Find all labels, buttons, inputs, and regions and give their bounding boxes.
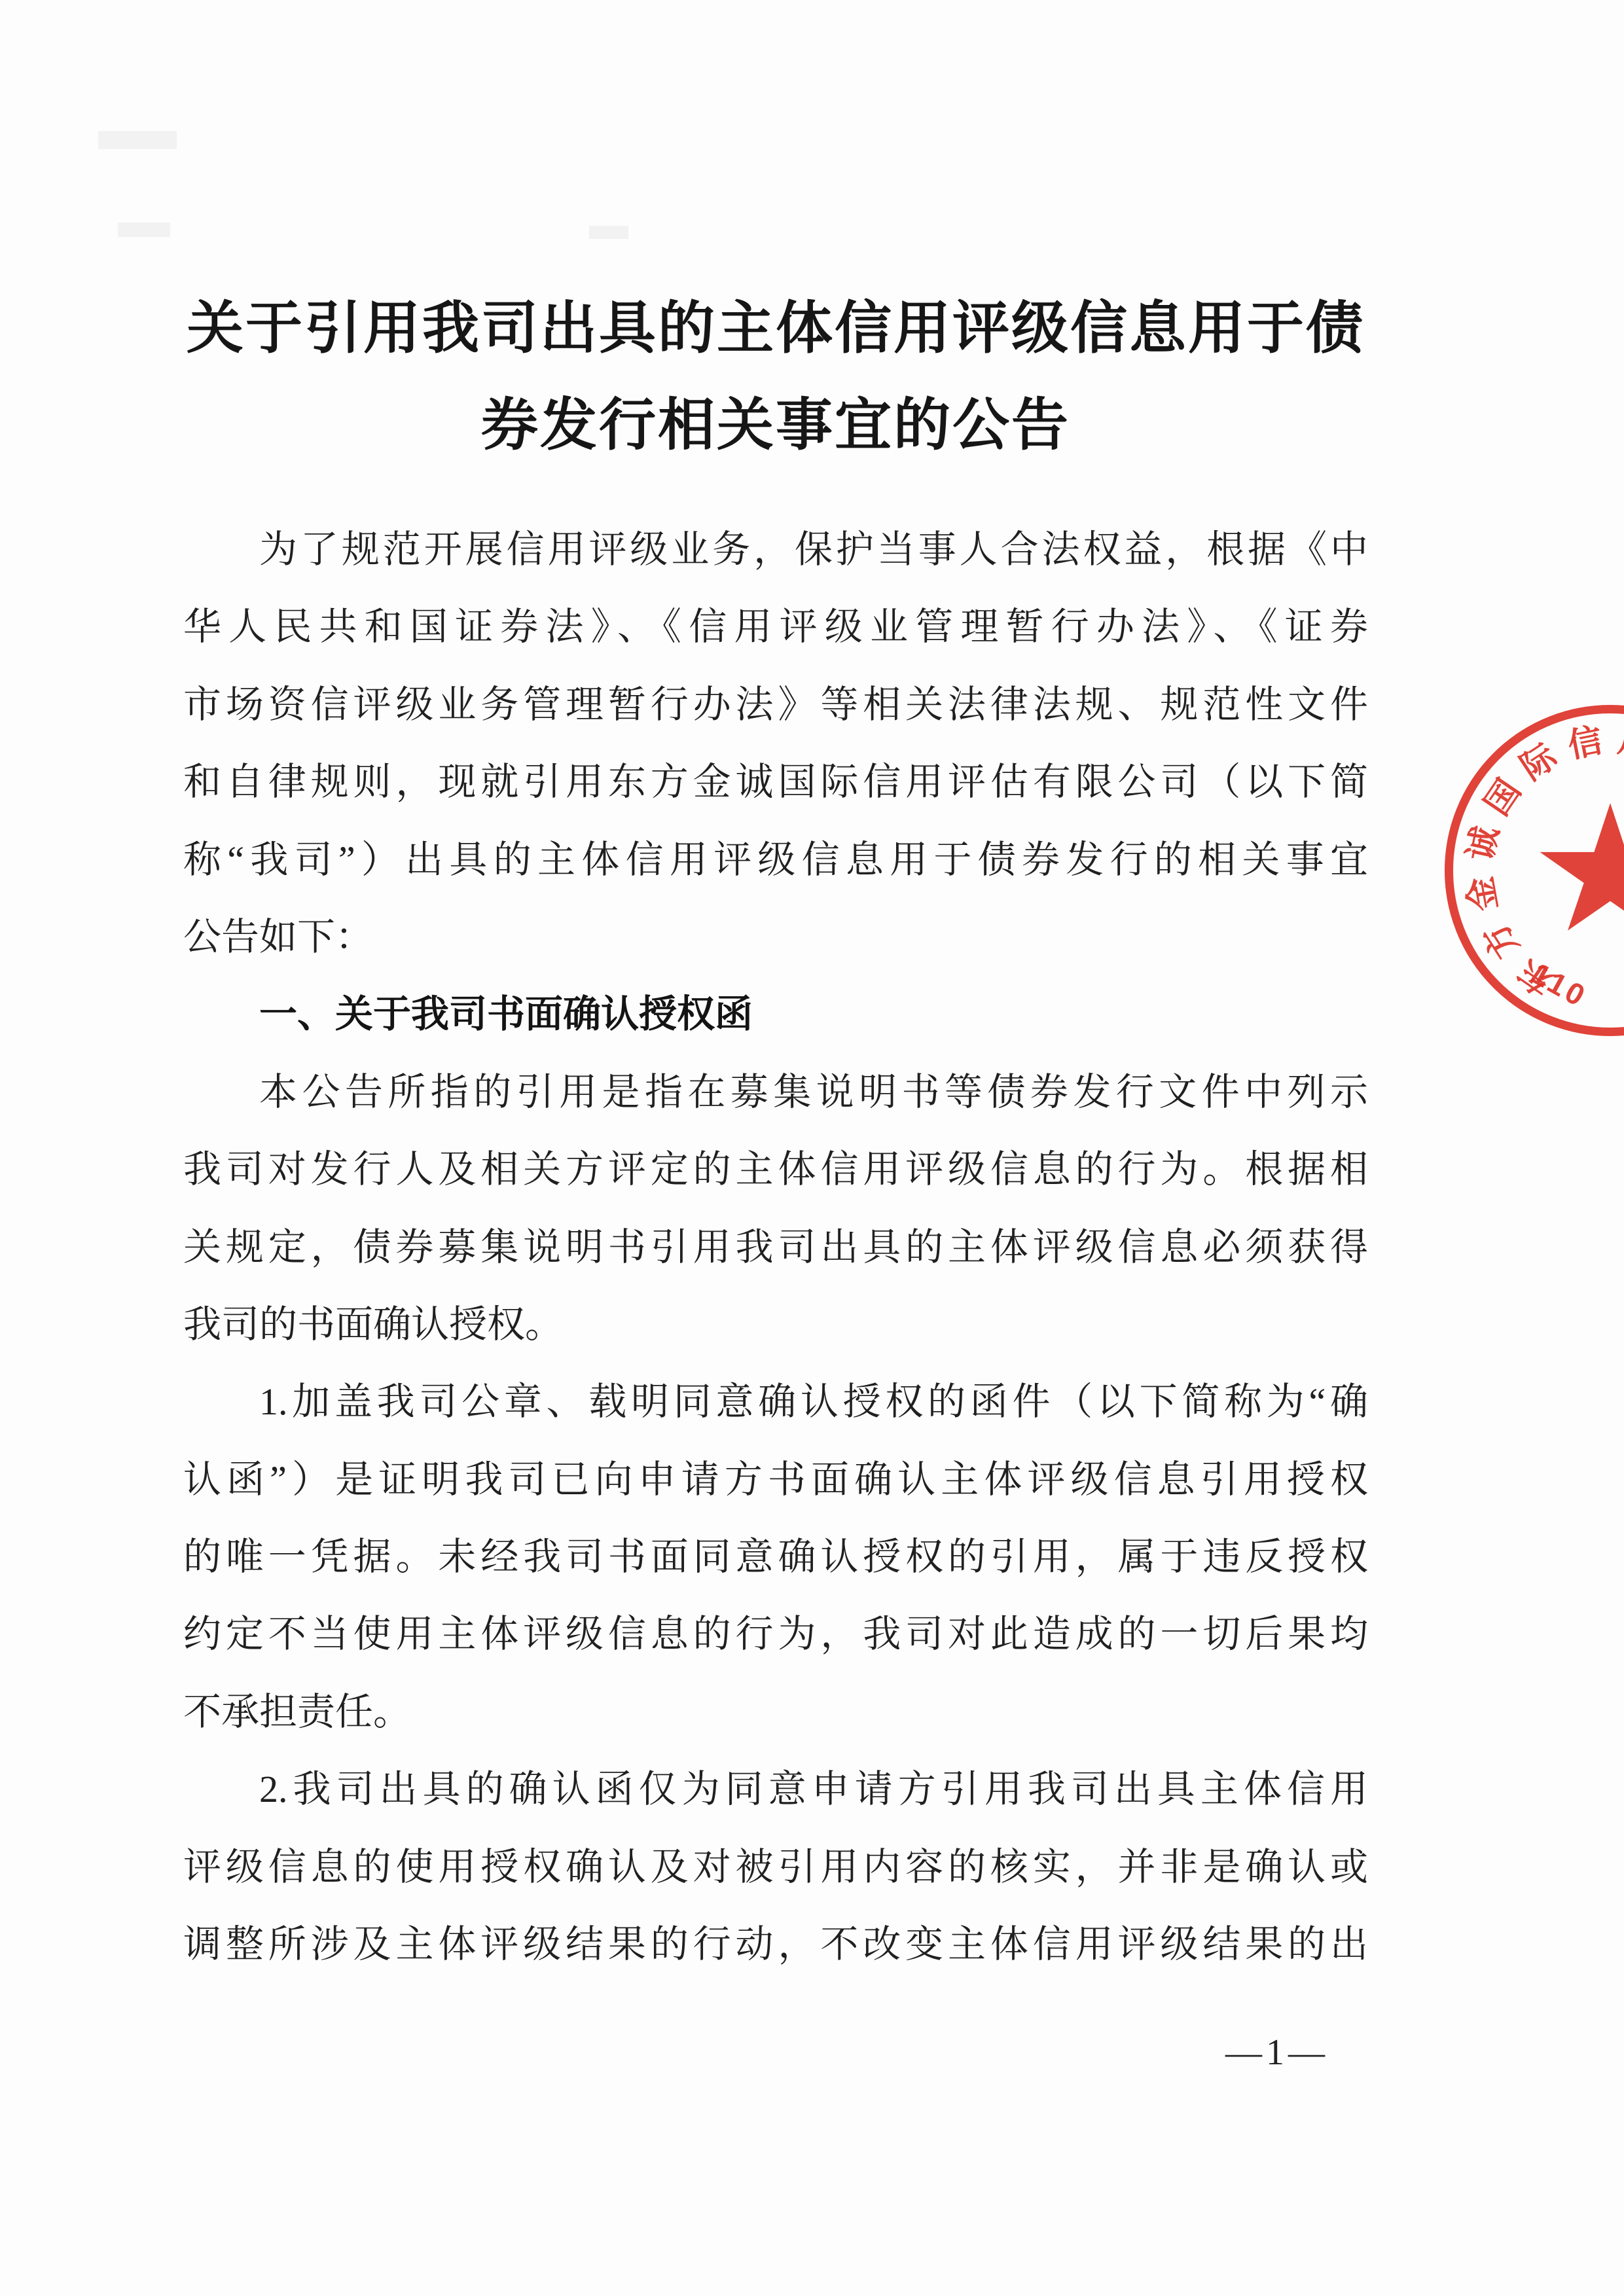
text-line: 我司对发行人及相关方评定的主体信用评级信息的行为。根据相 [183,1131,1368,1208]
seal-ring-character: 金 [1463,874,1503,914]
seal-ring-character: 方 [1477,917,1525,964]
text-line: 本公告所指的引用是指在募集说明书等债券发行文件中列示 [183,1054,1368,1131]
text-line: 1.加盖我司公章、载明同意确认授权的函件（以下简称为“确 [183,1363,1368,1441]
scan-noise [98,131,177,149]
seal-ring-character: 用 [1615,723,1624,763]
text-line: 华人民共和国证券法》、《信用评级业管理暂行办法》、《证券 [183,588,1368,666]
text-line: 认函”）是证明我司已向申请方书面确认主体评级信息引用授权 [183,1441,1368,1518]
text-line: 的唯一凭据。未经我司书面同意确认授权的引用，属于违反授权 [183,1518,1368,1596]
document-page: 关于引用我司出具的主体信用评级信息用于债 券发行相关事宜的公告 为了规范开展信用… [0,0,1624,2296]
scan-noise [118,223,170,237]
seal-ring-character: 国 [1479,774,1526,821]
company-seal-stamp: 110 东方金诚国际信用评估有限公司 [1445,705,1624,1036]
star-icon [1537,803,1624,943]
text-line: 关规定，债券募集说明书引用我司出具的主体评级信息必须获得 [183,1209,1368,1286]
page-number: —1— [1225,2033,1329,2072]
text-line: 2.我司出具的确认函仅为同意申请方引用我司出具主体信用 [183,1751,1368,1828]
seal-ring-character: 诚 [1463,823,1504,864]
seal-ring-character: 信 [1565,723,1605,763]
text-line: 市场资信评级业务管理暂行办法》等相关法律法规、规范性文件 [183,666,1368,744]
text-line: 和自律规则，现就引用东方金诚国际信用评估有限公司（以下简 [183,744,1368,821]
title-line-1: 关于引用我司出具的主体信用评级信息用于债 [183,280,1368,377]
text-line: 一、关于我司书面确认授权函 [183,976,1368,1053]
text-line: 评级信息的使用授权确认及对被引用内容的核实，并非是确认或 [183,1829,1368,1906]
text-line: 我司的书面确认授权。 [183,1286,1368,1363]
scan-noise [589,226,628,239]
text-line: 为了规范开展信用评级业务，保护当事人合法权益，根据《中 [183,511,1368,588]
text-line: 调整所涉及主体评级结果的行动，不改变主体信用评级结果的出 [183,1906,1368,1983]
text-line: 称“我司”）出具的主体信用评级信息用于债券发行的相关事宜 [183,821,1368,899]
title-line-2: 券发行相关事宜的公告 [183,377,1368,474]
text-line: 约定不当使用主体评级信息的行为，我司对此造成的一切后果均 [183,1596,1368,1673]
text-line: 不承担责任。 [183,1674,1368,1751]
document-title: 关于引用我司出具的主体信用评级信息用于债 券发行相关事宜的公告 [183,280,1368,474]
text-line: 公告如下： [183,899,1368,976]
document-body: 为了规范开展信用评级业务，保护当事人合法权益，根据《中华人民共和国证券法》、《信… [183,511,1368,1983]
seal-ring-character: 际 [1515,739,1562,786]
